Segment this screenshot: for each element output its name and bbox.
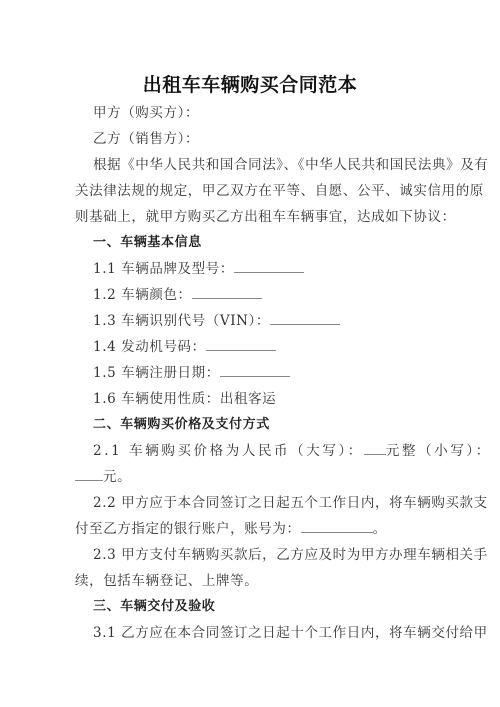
item-3-1-line-1: 3.1 乙方应在本合同签订之日起十个工作日内，将车辆交付给甲 — [93, 624, 488, 642]
usage-nature-value: 出租客运 — [220, 391, 276, 407]
vin-blank[interactable] — [270, 312, 340, 325]
item-2-2-line-2: 付至乙方指定的银行账户，账号为：。 — [75, 520, 387, 538]
item-1-3: 1.3 车辆识别代号（VIN）： — [93, 312, 340, 330]
item-2-2-end: 。 — [373, 521, 387, 537]
preamble-line-3: 则基础上，就甲方购买乙方出租车车辆事宜，达成如下协议： — [75, 208, 456, 226]
item-1-4-label: 1.4 发动机号码： — [93, 339, 206, 355]
item-1-6-label: 1.6 车辆使用性质： — [93, 391, 220, 407]
brand-model-blank[interactable] — [234, 260, 304, 273]
item-1-5-label: 1.5 车辆注册日期： — [93, 365, 220, 381]
item-2-2-label: 付至乙方指定的银行账户，账号为： — [75, 521, 301, 537]
item-1-4: 1.4 发动机号码： — [93, 338, 276, 356]
item-2-1-part-2: 元整（小写）： — [386, 443, 492, 459]
item-2-1-part-1: 2.1 车辆购买价格为人民币（大写）： — [93, 442, 364, 460]
item-1-2-label: 1.2 车辆颜色： — [93, 287, 192, 303]
item-2-1-line-1: 2.1 车辆购买价格为人民币（大写）： 元整（小写）： — [93, 442, 425, 460]
preamble-line-2: 关法律法规的规定，甲乙双方在平等、自愿、公平、诚实信用的原 — [75, 182, 484, 200]
section-1-heading: 一、车辆基本信息 — [93, 234, 202, 252]
registration-date-blank[interactable] — [220, 364, 290, 377]
item-2-1-line-2: 元。 — [75, 468, 131, 486]
item-1-3-label: 1.3 车辆识别代号（VIN）： — [93, 313, 270, 329]
item-1-1: 1.1 车辆品牌及型号： — [93, 260, 304, 278]
section-2-heading: 二、车辆购买价格及支付方式 — [93, 416, 270, 434]
color-blank[interactable] — [192, 286, 262, 299]
item-1-5: 1.5 车辆注册日期： — [93, 364, 290, 382]
item-2-3-line-1: 2.3 甲方支付车辆购买款后，乙方应及时为甲方办理车辆相关手 — [93, 546, 488, 564]
document-title: 出租车车辆购买合同范本 — [0, 70, 500, 97]
account-number-blank[interactable] — [301, 520, 373, 533]
item-2-3-line-2: 续，包括车辆登记、上牌等。 — [75, 572, 258, 590]
price-lowercase-blank[interactable] — [75, 468, 103, 481]
party-a-line: 甲方（购买方）： — [93, 104, 199, 122]
section-3-heading: 三、车辆交付及验收 — [93, 598, 215, 616]
item-1-6: 1.6 车辆使用性质：出租客运 — [93, 390, 276, 408]
preamble-line-1: 根据《中华人民共和国合同法》、《中华人民共和国民法典》及有 — [93, 156, 488, 174]
item-2-1-blank-group: 元整（小写）： — [364, 442, 492, 460]
item-1-2: 1.2 车辆颜色： — [93, 286, 262, 304]
item-2-2-line-1: 2.2 甲方应于本合同签订之日起五个工作日内，将车辆购买款支 — [93, 494, 488, 512]
engine-number-blank[interactable] — [206, 338, 276, 351]
price-uppercase-blank[interactable] — [364, 442, 386, 455]
item-1-1-label: 1.1 车辆品牌及型号： — [93, 261, 234, 277]
party-b-line: 乙方（销售方）： — [93, 130, 199, 148]
item-2-1-part-3: 元。 — [103, 469, 131, 485]
